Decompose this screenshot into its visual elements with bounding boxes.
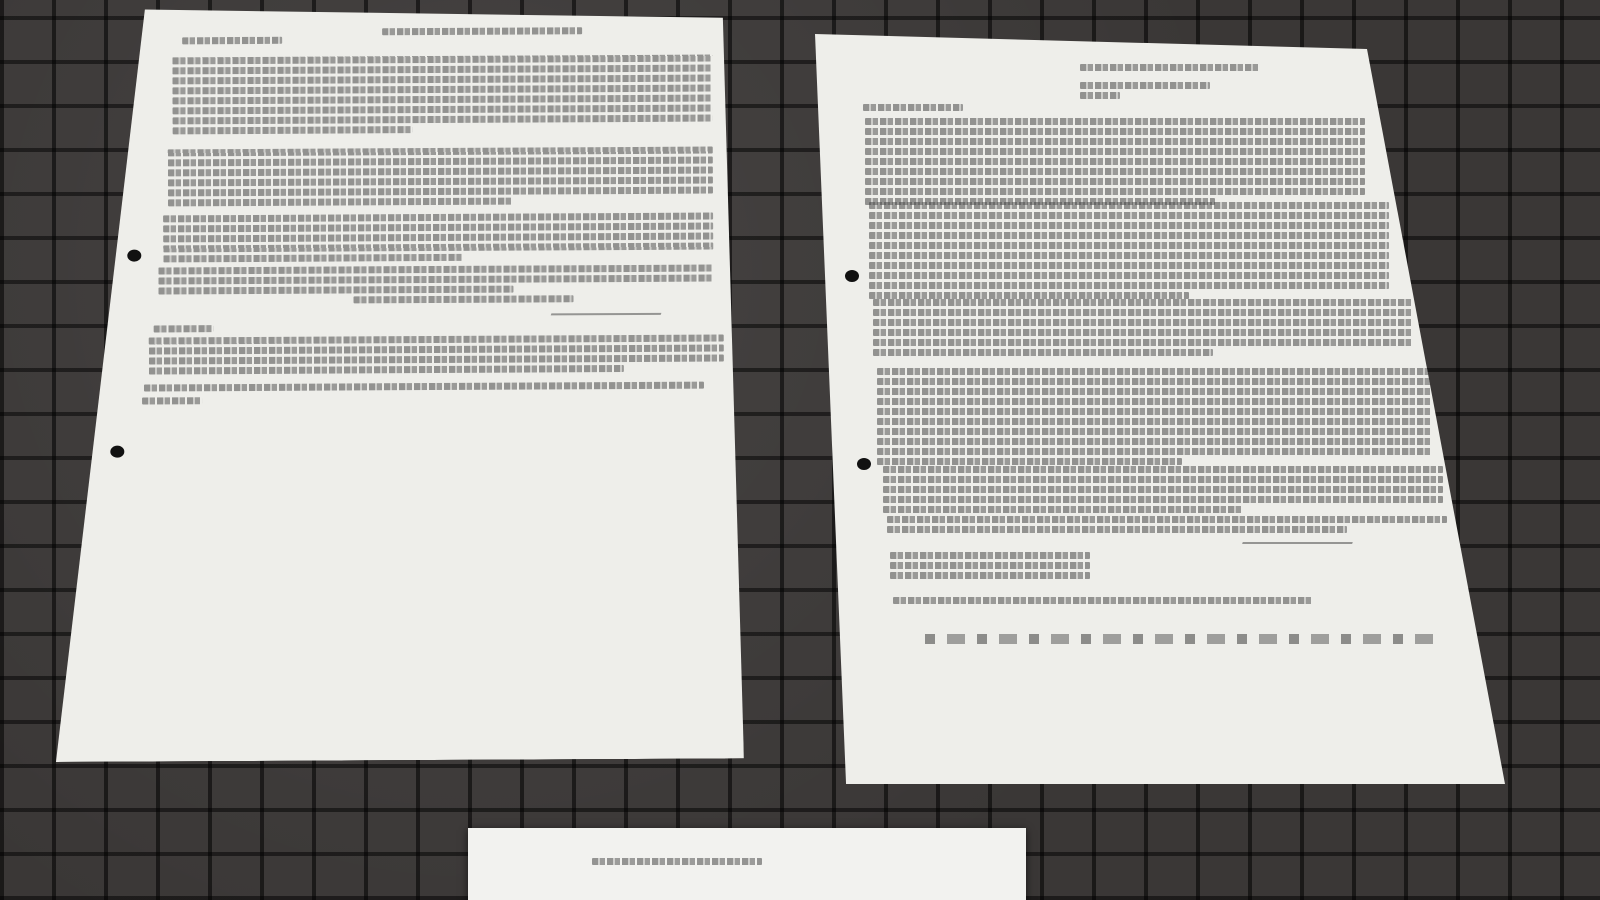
typed-line xyxy=(158,265,713,275)
typed-line xyxy=(883,496,1443,503)
typed-line xyxy=(863,104,963,111)
typed-line xyxy=(154,325,214,332)
typed-line xyxy=(1080,64,1260,71)
typed-line xyxy=(887,526,1347,533)
typed-line xyxy=(869,232,1389,239)
typed-line xyxy=(173,115,713,125)
typed-line xyxy=(168,177,713,187)
typed-line xyxy=(172,85,712,95)
typed-line xyxy=(869,272,1389,279)
typed-line xyxy=(163,223,713,233)
typed-line xyxy=(168,157,713,167)
typed-line xyxy=(149,344,724,354)
typed-line xyxy=(877,448,1432,455)
typed-line xyxy=(873,329,1413,336)
typed-line xyxy=(883,486,1443,493)
typed-line xyxy=(182,37,282,45)
typed-line xyxy=(883,466,1443,473)
typed-line xyxy=(382,27,582,35)
typed-line xyxy=(873,349,1213,356)
typed-line xyxy=(149,334,724,344)
punch-hole xyxy=(857,458,871,470)
typed-line xyxy=(865,168,1365,175)
typed-line xyxy=(163,254,463,263)
typed-line xyxy=(877,388,1432,395)
typed-line xyxy=(168,147,713,157)
typed-line xyxy=(172,75,712,85)
typed-line xyxy=(869,262,1389,269)
typed-line xyxy=(865,148,1365,155)
typed-line xyxy=(168,167,713,177)
typed-line xyxy=(893,597,1313,604)
typed-line xyxy=(869,212,1389,219)
typed-line xyxy=(865,118,1365,125)
typed-line xyxy=(873,339,1413,346)
typed-line xyxy=(883,506,1243,513)
typed-line xyxy=(168,187,713,197)
typed-line xyxy=(149,365,624,374)
typed-line xyxy=(865,178,1365,185)
typed-line xyxy=(869,242,1389,249)
typed-line xyxy=(142,397,202,404)
typed-line xyxy=(869,202,1389,209)
typed-line xyxy=(877,418,1432,425)
letter-left xyxy=(52,6,744,762)
typed-line xyxy=(873,309,1413,316)
typed-line xyxy=(877,458,1182,465)
handwritten-note xyxy=(925,634,1445,644)
dateline xyxy=(592,858,762,865)
typed-line xyxy=(172,95,712,105)
typed-line xyxy=(354,295,574,303)
typed-line xyxy=(1080,92,1120,99)
typed-line xyxy=(873,299,1413,306)
letter-bottom xyxy=(468,828,1026,900)
typed-line xyxy=(890,552,1090,559)
typed-line xyxy=(173,105,713,115)
typed-line xyxy=(877,368,1432,375)
punch-hole xyxy=(845,270,859,282)
typed-line xyxy=(158,286,513,295)
typed-line xyxy=(877,378,1432,385)
typed-line xyxy=(149,354,724,364)
punch-hole xyxy=(127,250,141,262)
typed-line xyxy=(869,252,1389,259)
typed-line xyxy=(1080,82,1210,89)
typed-line xyxy=(158,275,713,285)
typed-line xyxy=(172,65,712,75)
typed-line xyxy=(869,282,1389,289)
typed-line xyxy=(865,188,1365,195)
typed-line xyxy=(172,55,712,65)
typed-line xyxy=(173,126,413,134)
typed-line xyxy=(144,382,704,392)
typed-line xyxy=(877,428,1432,435)
typed-line xyxy=(163,213,713,223)
typed-line xyxy=(869,222,1389,229)
typed-line xyxy=(890,572,1090,579)
typed-line xyxy=(865,158,1365,165)
typed-line xyxy=(865,128,1365,135)
typed-line xyxy=(883,476,1443,483)
typed-line xyxy=(887,516,1447,523)
typed-line xyxy=(163,243,713,253)
typed-line xyxy=(873,319,1413,326)
typed-line xyxy=(869,292,1189,299)
typed-line xyxy=(877,408,1432,415)
typed-line xyxy=(168,198,513,207)
typed-line xyxy=(163,233,713,243)
typed-line xyxy=(877,398,1432,405)
punch-hole xyxy=(110,446,124,458)
typed-line xyxy=(865,138,1365,145)
typed-line xyxy=(890,562,1090,569)
typed-line xyxy=(877,438,1432,445)
